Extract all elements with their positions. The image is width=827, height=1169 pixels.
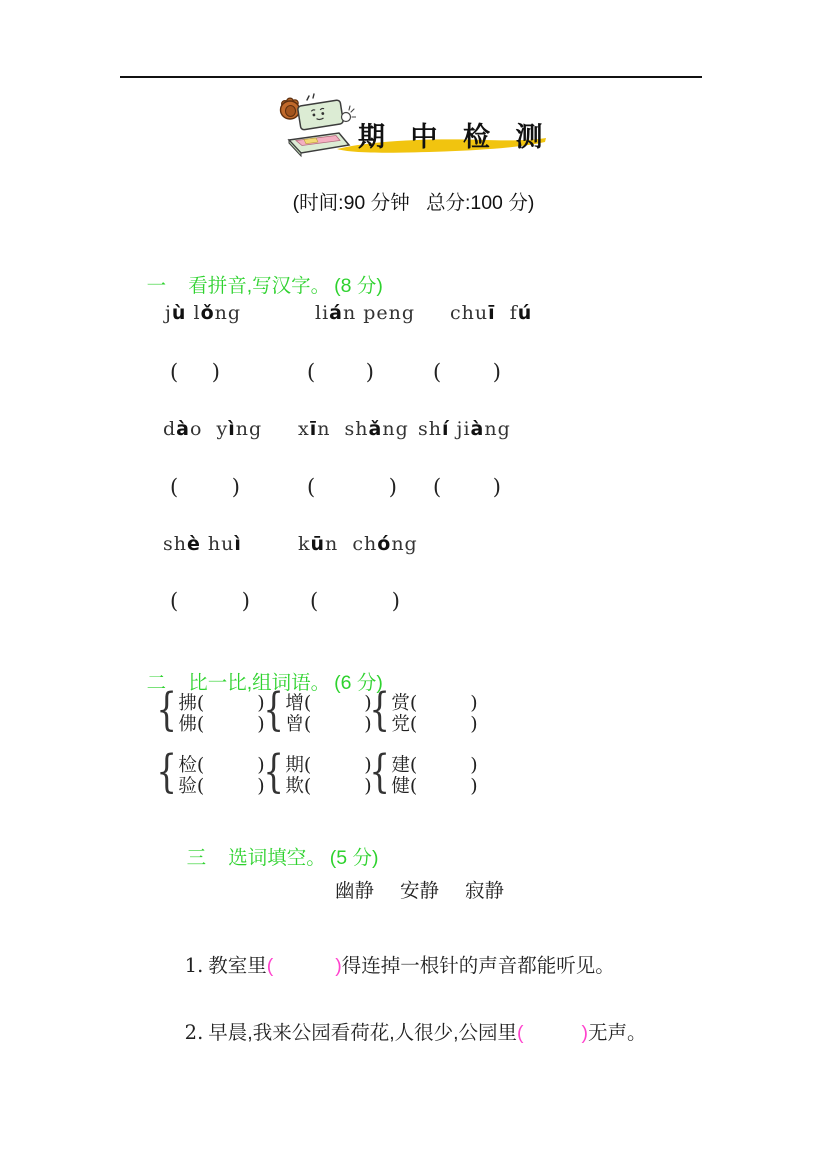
sentence-text-before: 早晨,我来公园看荷花,人很少,公园里 <box>208 1022 517 1044</box>
open-paren: ( <box>307 475 315 499</box>
brace-icon: { <box>156 749 177 795</box>
pinyin-word: xīn shǎng <box>298 418 409 440</box>
close-paren: ) <box>366 360 374 384</box>
section-three-points: (5 分) <box>330 847 379 869</box>
open-paren: ( <box>170 589 178 613</box>
compare-group: { 赏() 党() <box>366 688 478 732</box>
pinyin-word: dào yìng <box>163 418 262 440</box>
compare-char: 党 <box>391 710 410 736</box>
compare-group: { 期() 欺() <box>260 750 372 794</box>
answer-paren-pair: () <box>170 589 250 613</box>
page-title: 期 中 检 测 <box>358 115 552 154</box>
section-one-number: 一 <box>147 275 167 297</box>
pinyin-word: lián peng <box>315 302 415 324</box>
hand-puff-icon <box>342 106 357 122</box>
sentence-number: 1. <box>185 954 204 977</box>
section-one-points: (8 分) <box>334 275 383 297</box>
section-one-title: 看拼音,写汉字。 <box>188 275 330 297</box>
exam-page: 期 中 检 测 (时间:90 分钟 总分:100 分) 一看拼音,写汉字。(8 … <box>0 0 827 1169</box>
compare-char: 验 <box>178 772 197 798</box>
brace-icon: { <box>369 687 390 733</box>
pinyin-word: shí jiàng <box>418 418 511 440</box>
word-bank-item: 幽静 <box>335 875 374 903</box>
answer-paren-pair: () <box>170 475 240 499</box>
answer-paren-pair: () <box>433 475 501 499</box>
pinyin-word: jù lǒng <box>165 302 241 324</box>
word-bank-item: 安静 <box>400 875 439 903</box>
open-paren: ( <box>433 475 441 499</box>
open-paren: ( <box>267 955 274 977</box>
sentence-text-before: 教室里 <box>208 955 267 977</box>
close-paren: ) <box>470 713 477 735</box>
section-three-title: 选词填空。 <box>228 847 326 869</box>
sentence-number: 2. <box>185 1021 204 1044</box>
answer-paren-pair: () <box>307 360 374 384</box>
close-paren: ) <box>392 589 400 613</box>
fill-sentence: 1.教室里()得连掉一根针的声音都能听见。 <box>163 927 615 1001</box>
section-three-number: 三 <box>187 847 207 869</box>
sweat-drops-icon <box>307 94 314 100</box>
compare-char: 曾 <box>285 710 304 736</box>
close-paren: ) <box>212 360 220 384</box>
sentence-text-after: 得连掉一根针的声音都能听见。 <box>342 955 615 977</box>
compare-char: 健 <box>391 772 410 798</box>
compare-group: { 增() 曾() <box>260 688 372 732</box>
brace-icon: { <box>263 749 284 795</box>
compare-row: { 检() 验() { 期() 欺() { 建() 健() <box>0 750 827 796</box>
sentence-text-after: 无声。 <box>588 1022 647 1044</box>
pinyin-word: chuī fú <box>450 302 532 324</box>
compare-char: 欺 <box>285 772 304 798</box>
answer-paren-pair: () <box>307 475 397 499</box>
answer-paren-pair: () <box>310 589 400 613</box>
answer-paren-pair: () <box>170 360 220 384</box>
brace-icon: { <box>156 687 177 733</box>
answer-paren-pair: () <box>433 360 501 384</box>
pencil-case-lid <box>297 100 343 130</box>
top-rule-line <box>120 76 702 78</box>
brace-icon: { <box>369 749 390 795</box>
close-paren: ) <box>389 475 397 499</box>
open-paren: ( <box>170 475 178 499</box>
fill-blank: () <box>517 1022 588 1044</box>
close-paren: ) <box>470 775 477 797</box>
fill-blank: () <box>267 955 342 977</box>
close-paren: ) <box>493 475 501 499</box>
open-paren: ( <box>517 1022 524 1044</box>
brace-icon: { <box>263 687 284 733</box>
open-paren: ( <box>410 713 417 735</box>
compare-char: 佛 <box>178 710 197 736</box>
close-paren: ) <box>232 475 240 499</box>
exam-meta: (时间:90 分钟 总分:100 分) <box>293 187 535 215</box>
open-paren: ( <box>197 713 204 735</box>
close-paren: ) <box>242 589 250 613</box>
open-paren: ( <box>197 775 204 797</box>
open-paren: ( <box>410 775 417 797</box>
compare-group: { 拂() 佛() <box>153 688 265 732</box>
open-paren: ( <box>433 360 441 384</box>
pinyin-word: kūn chóng <box>298 533 418 555</box>
open-paren: ( <box>170 360 178 384</box>
compare-row: { 拂() 佛() { 增() 曾() { 赏() 党() <box>0 688 827 734</box>
open-paren: ( <box>307 360 315 384</box>
word-bank: 幽静 安静 寂静 <box>335 875 504 903</box>
pinyin-word: shè huì <box>163 533 242 555</box>
baseball-glove-icon <box>281 98 300 119</box>
word-bank-item: 寂静 <box>465 875 504 903</box>
compare-group: { 建() 健() <box>366 750 478 794</box>
open-paren: ( <box>304 713 311 735</box>
open-paren: ( <box>310 589 318 613</box>
open-paren: ( <box>304 775 311 797</box>
close-paren: ) <box>493 360 501 384</box>
fill-sentence: 2.早晨,我来公园看荷花,人很少,公园里()无声。 <box>163 994 647 1068</box>
compare-group: { 检() 验() <box>153 750 265 794</box>
